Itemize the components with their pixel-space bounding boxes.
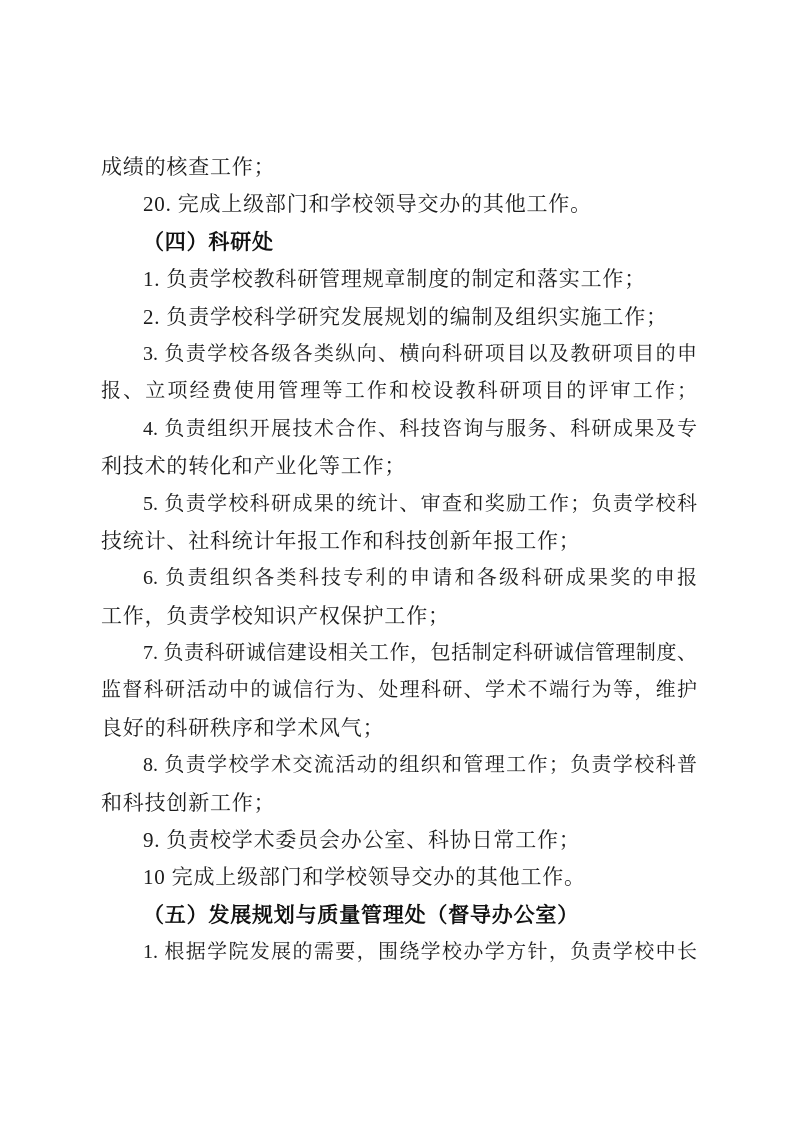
body-text-line: 1. 负责学校教科研管理规章制度的制定和落实工作； [101,261,697,298]
body-text-line: 8. 负责学校学术交流活动的组织和管理工作；负责学校科普 [101,747,697,784]
body-text-line: 5. 负责学校科研成果的统计、审查和奖励工作；负责学校科 [101,486,697,523]
body-text-line: 1. 根据学院发展的需要，围绕学校办学方针，负责学校中长 [101,934,697,971]
body-text-line: 2. 负责学校科学研究发展规划的编制及组织实施工作； [101,299,697,336]
body-text-line: 技统计、社科统计年报工作和科技创新年报工作； [101,523,697,560]
document-page: 成绩的核查工作；20. 完成上级部门和学校领导交办的其他工作。（四）科研处1. … [0,0,793,1122]
body-text-line: 6. 负责组织各类科技专利的申请和各级科研成果奖的申报 [101,560,697,597]
body-text-line: 9. 负责校学术委员会办公室、科协日常工作； [101,822,697,859]
body-text-line: 良好的科研秩序和学术风气； [101,710,697,747]
body-text-line: 10 完成上级部门和学校领导交办的其他工作。 [101,859,697,896]
body-text-line: 20. 完成上级部门和学校领导交办的其他工作。 [101,186,697,223]
body-text-line: 成绩的核查工作； [101,149,697,186]
body-text-line: 和科技创新工作； [101,785,697,822]
section-heading: （五）发展规划与质量管理处（督导办公室） [101,897,697,934]
document-body: 成绩的核查工作；20. 完成上级部门和学校领导交办的其他工作。（四）科研处1. … [101,149,697,972]
body-text-line: 4. 负责组织开展技术合作、科技咨询与服务、科研成果及专 [101,411,697,448]
body-text-line: 利技术的转化和产业化等工作； [101,448,697,485]
body-text-line: 7. 负责科研诚信建设相关工作，包括制定科研诚信管理制度、 [101,635,697,672]
body-text-line: 工作，负责学校知识产权保护工作； [101,598,697,635]
section-heading: （四）科研处 [101,224,697,261]
body-text-line: 监督科研活动中的诚信行为、处理科研、学术不端行为等，维护 [101,672,697,709]
body-text-line: 3. 负责学校各级各类纵向、横向科研项目以及教研项目的申 [101,336,697,373]
body-text-line: 报、立项经费使用管理等工作和校设教科研项目的评审工作； [101,373,697,410]
